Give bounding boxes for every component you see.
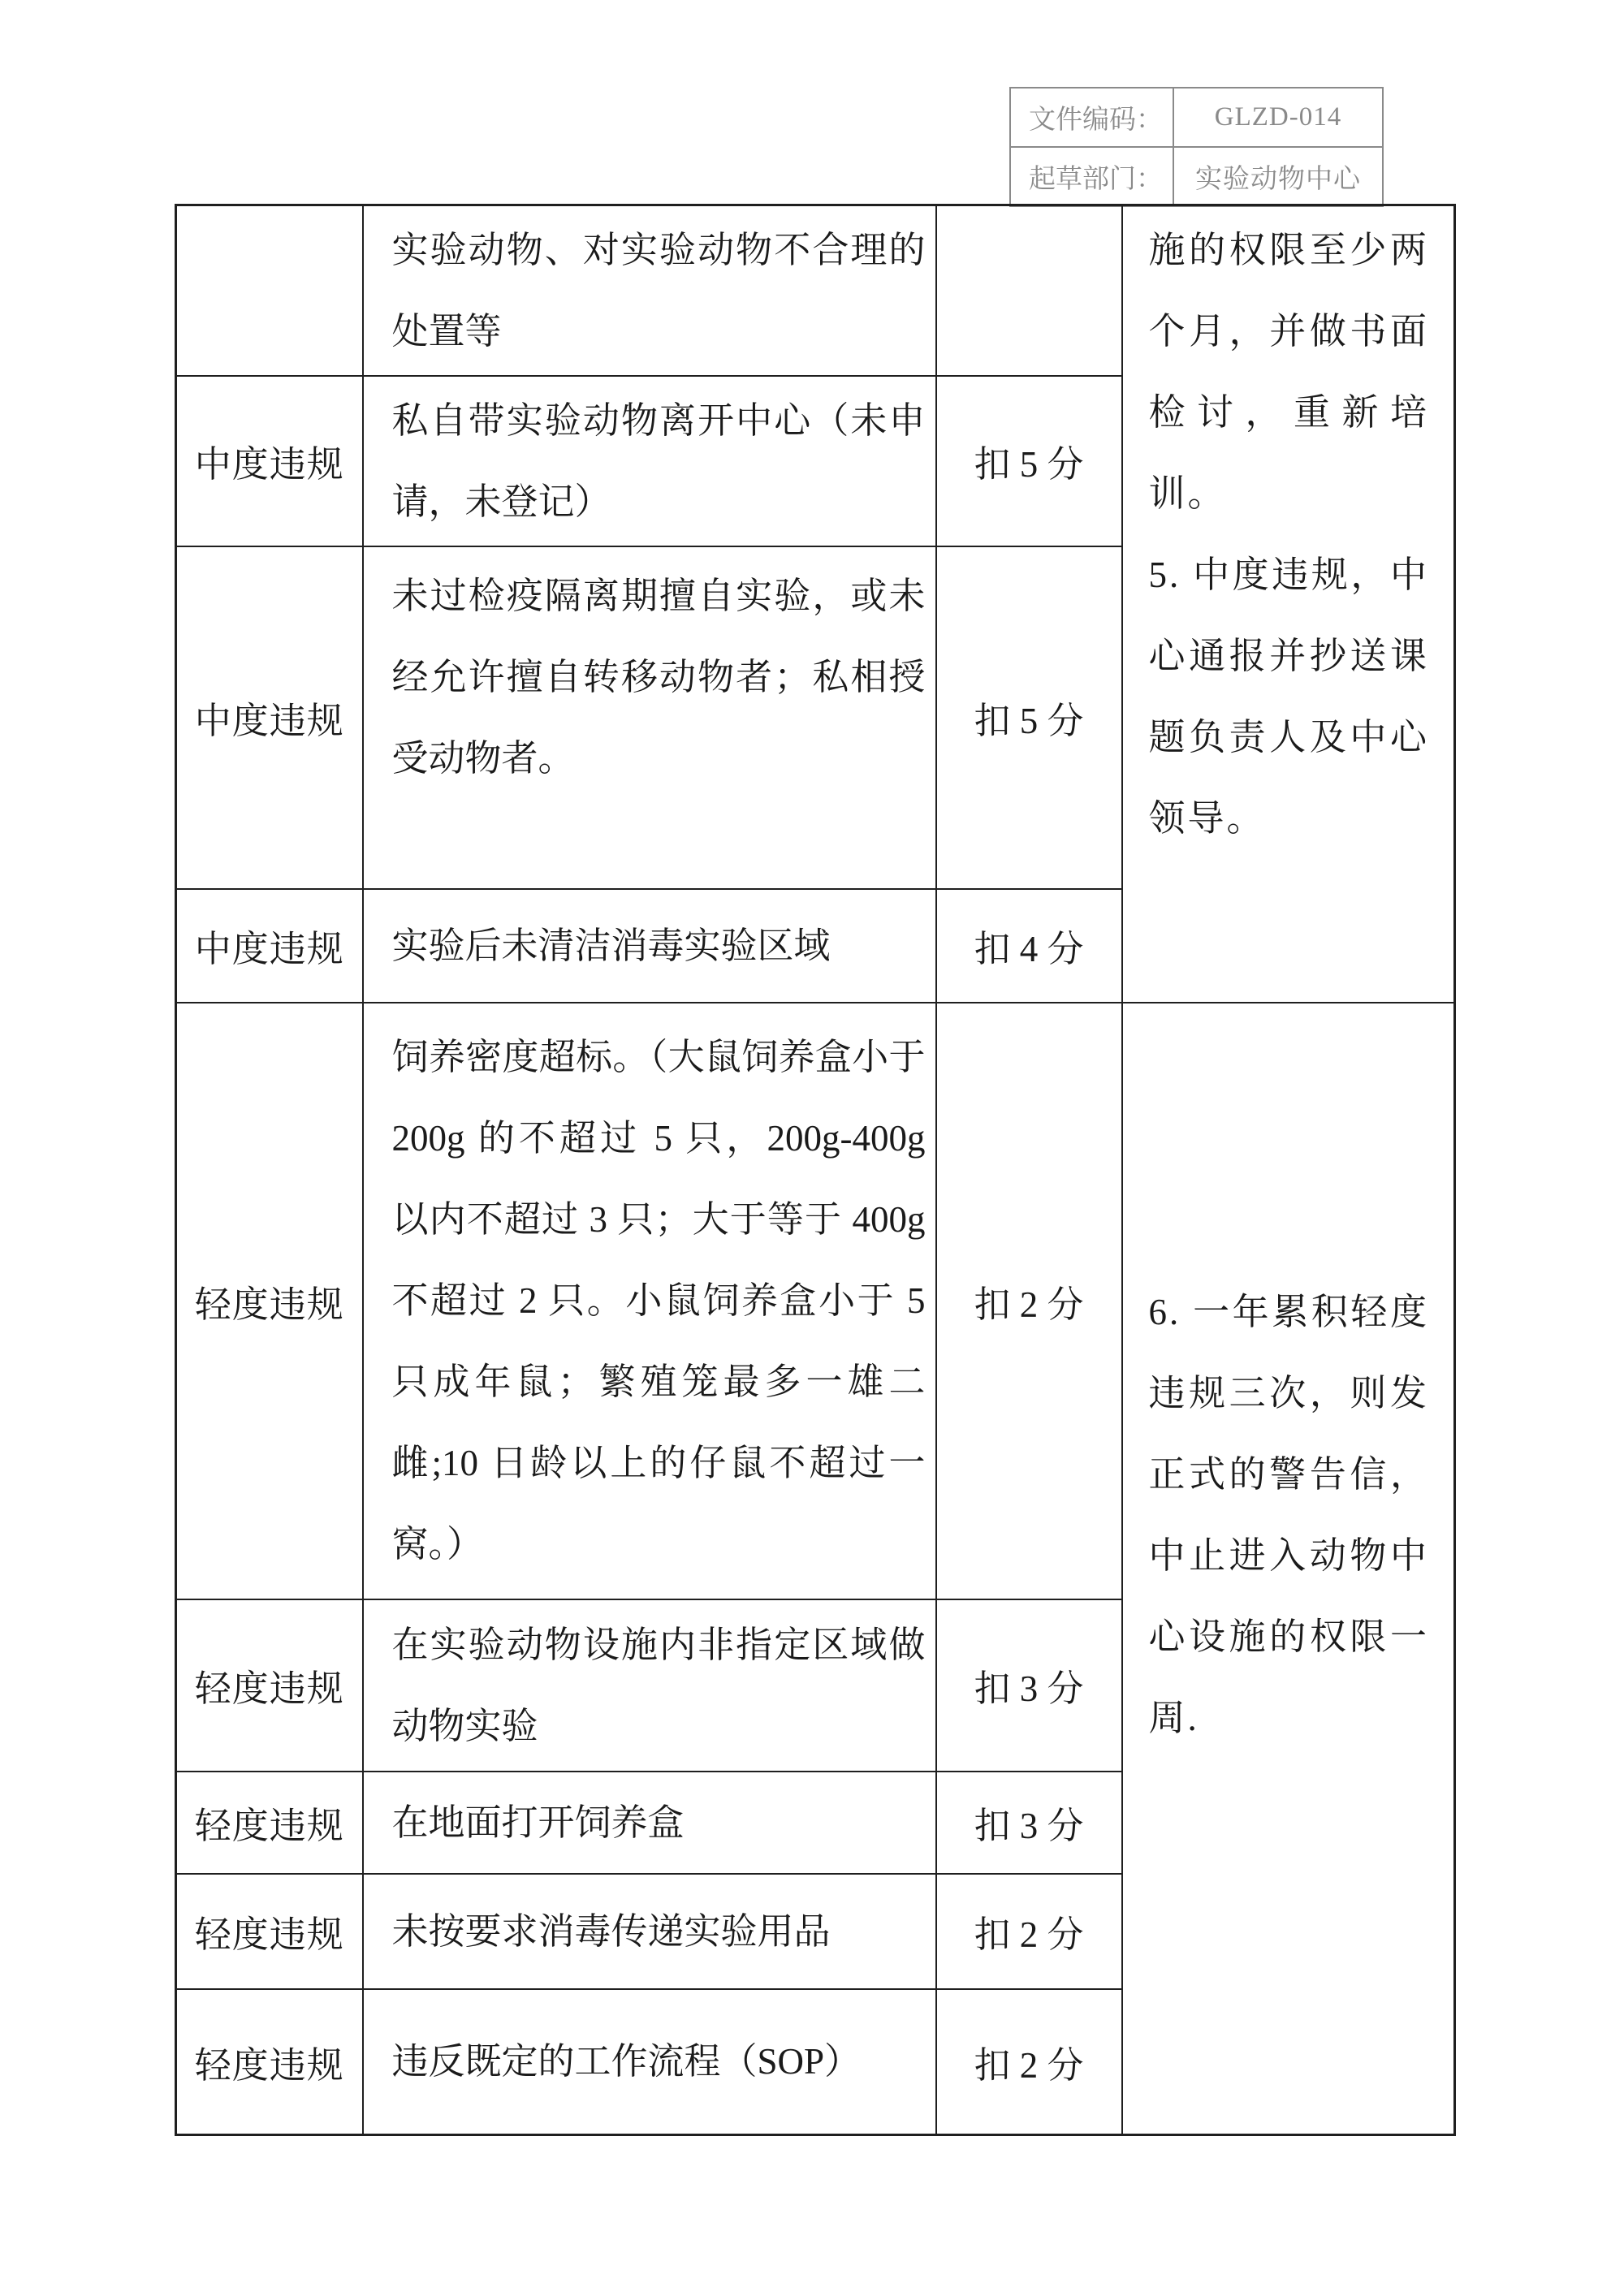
doc-code-label: 文件编码： <box>1010 88 1173 147</box>
score-cell: 扣 2 分 <box>936 1874 1122 1989</box>
doc-dept-row: 起草部门： 实验动物中心 <box>1010 147 1383 206</box>
notes-cell-light: 6. 一年累积轻度违规三次，则发正式的警告信，中止进入动物中心设施的权限一周. <box>1122 1003 1455 2135</box>
desc-cell: 未过检疫隔离期擅自实验，或未经允许擅自转移动物者；私相授受动物者。 <box>363 546 936 889</box>
score-cell: 扣 3 分 <box>936 1599 1122 1772</box>
doc-info-box: 文件编码： GLZD-014 起草部门： 实验动物中心 <box>1009 87 1382 207</box>
doc-dept-value: 实验动物中心 <box>1173 147 1383 206</box>
desc-cell: 在实验动物设施内非指定区域做动物实验 <box>363 1599 936 1772</box>
desc-cell: 饲养密度超标。（大鼠饲养盒小于 200g 的不超过 5 只，200g-400g … <box>363 1003 936 1599</box>
doc-code-value: GLZD-014 <box>1173 88 1383 147</box>
level-cell: 中度违规 <box>176 546 363 889</box>
desc-cell: 实验后未清洁消毒实验区域 <box>363 889 936 1003</box>
desc-cell: 私自带实验动物离开中心（未申请，未登记） <box>363 376 936 546</box>
level-cell: 中度违规 <box>176 889 363 1003</box>
violations-table: 实验动物、对实验动物不合理的处置等 施的权限至少两个月，并做书面检讨，重新培训。… <box>175 204 1456 2136</box>
doc-code-row: 文件编码： GLZD-014 <box>1010 88 1383 147</box>
desc-cell: 未按要求消毒传递实验用品 <box>363 1874 936 1989</box>
desc-cell: 违反既定的工作流程（SOP） <box>363 1989 936 2135</box>
score-cell: 扣 5 分 <box>936 376 1122 546</box>
doc-dept-label: 起草部门： <box>1010 147 1173 206</box>
level-cell: 轻度违规 <box>176 1874 363 1989</box>
level-cell: 中度违规 <box>176 376 363 546</box>
desc-cell: 在地面打开饲养盒 <box>363 1772 936 1874</box>
level-cell: 轻度违规 <box>176 1772 363 1874</box>
table-row: 实验动物、对实验动物不合理的处置等 施的权限至少两个月，并做书面检讨，重新培训。… <box>176 205 1455 376</box>
level-cell: 轻度违规 <box>176 1989 363 2135</box>
notes-cell-moderate: 施的权限至少两个月，并做书面检讨，重新培训。 5. 中度违规，中心通报并抄送课题… <box>1122 205 1455 1003</box>
score-cell: 扣 2 分 <box>936 1003 1122 1599</box>
level-cell: 轻度违规 <box>176 1003 363 1599</box>
score-cell <box>936 205 1122 376</box>
level-cell <box>176 205 363 376</box>
level-cell: 轻度违规 <box>176 1599 363 1772</box>
score-cell: 扣 3 分 <box>936 1772 1122 1874</box>
desc-cell: 实验动物、对实验动物不合理的处置等 <box>363 205 936 376</box>
table-row: 轻度违规 饲养密度超标。（大鼠饲养盒小于 200g 的不超过 5 只，200g-… <box>176 1003 1455 1599</box>
score-cell: 扣 2 分 <box>936 1989 1122 2135</box>
doc-info-table: 文件编码： GLZD-014 起草部门： 实验动物中心 <box>1009 87 1384 207</box>
score-cell: 扣 5 分 <box>936 546 1122 889</box>
score-cell: 扣 4 分 <box>936 889 1122 1003</box>
